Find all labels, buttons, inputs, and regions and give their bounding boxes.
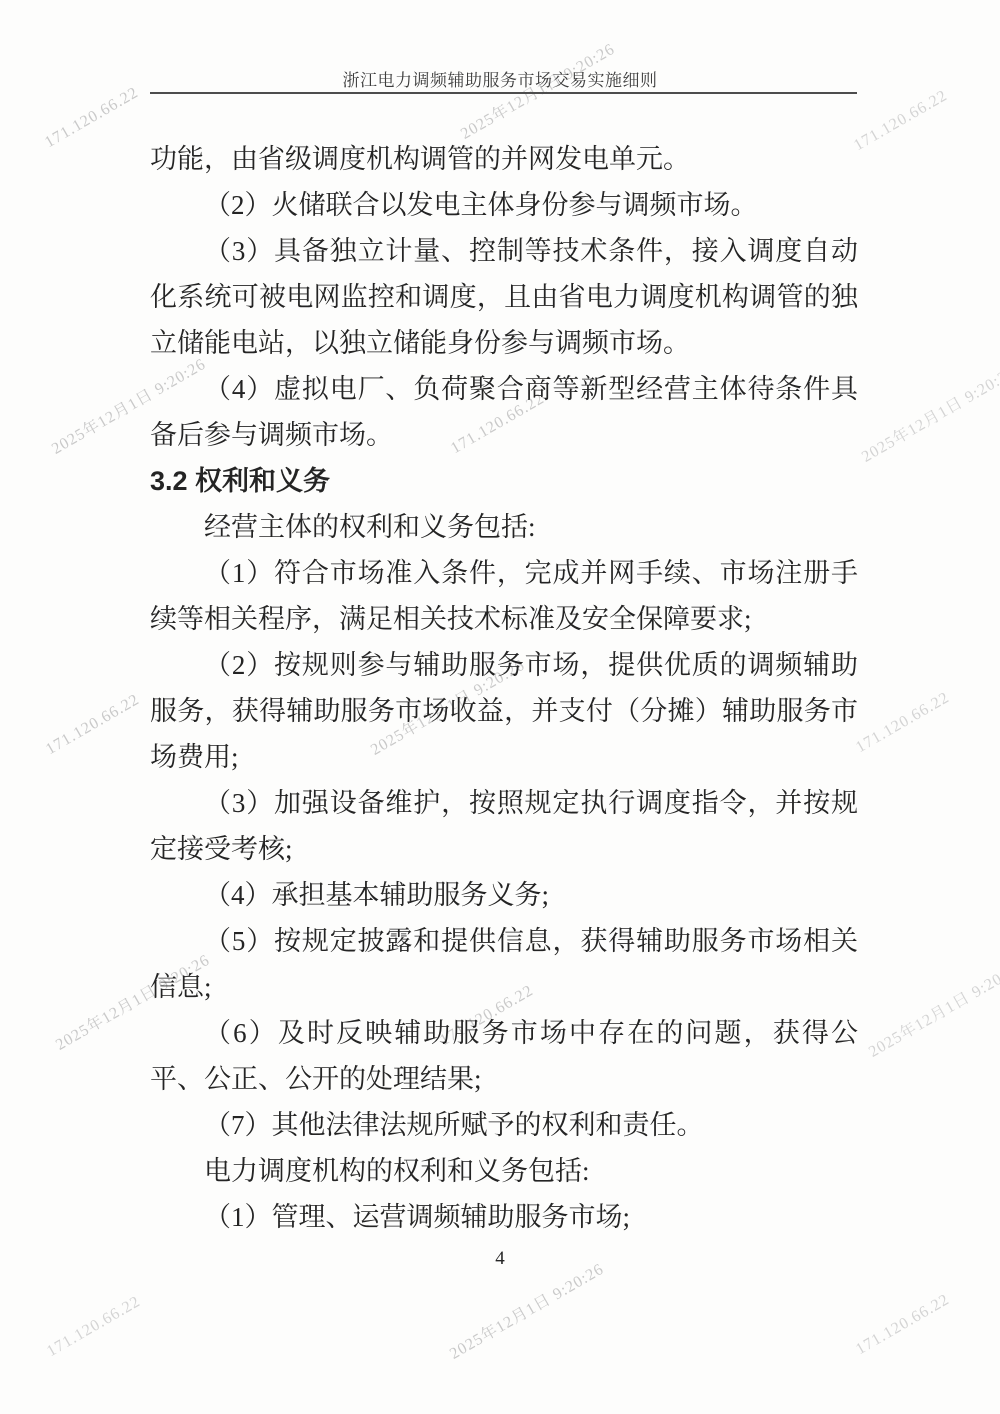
watermark-ip: 171.120.66.22 — [851, 87, 951, 155]
paragraph: （2）按规则参与辅助服务市场，提供优质的调频辅助服务，获得辅助服务市场收益，并支… — [150, 642, 858, 780]
paragraph: （1）符合市场准入条件，完成并网手续、市场注册手续等相关程序，满足相关技术标准及… — [150, 550, 858, 642]
watermark-ip: 171.120.66.22 — [44, 1293, 144, 1361]
paragraph: （2）火储联合以发电主体身份参与调频市场。 — [150, 182, 858, 228]
watermark-ip: 171.120.66.22 — [42, 84, 142, 152]
document-page: 171.120.66.22 2025年12月1日 9:20:26 171.120… — [0, 0, 1000, 1414]
paragraph: （3）具备独立计量、控制等技术条件，接入调度自动化系统可被电网监控和调度，且由省… — [150, 228, 858, 366]
watermark-ip: 171.120.66.22 — [43, 691, 143, 759]
paragraph: （6）及时反映辅助服务市场中存在的问题，获得公平、公正、公开的处理结果; — [150, 1010, 858, 1102]
paragraph: （5）按规定披露和提供信息，获得辅助服务市场相关信息; — [150, 918, 858, 1010]
paragraph: （3）加强设备维护，按照规定执行调度指令，并按规定接受考核; — [150, 780, 858, 872]
document-body: 功能，由省级调度机构调管的并网发电单元。 （2）火储联合以发电主体身份参与调频市… — [150, 136, 858, 1240]
paragraph: （7）其他法律法规所赋予的权利和责任。 — [150, 1102, 858, 1148]
watermark-ip: 171.120.66.22 — [853, 689, 953, 757]
watermark-ip: 171.120.66.22 — [853, 1291, 953, 1359]
paragraph: 功能，由省级调度机构调管的并网发电单元。 — [150, 136, 858, 182]
watermark-datetime: 2025年12月1日 9:20:26 — [857, 359, 1000, 466]
watermark-datetime: 2025年12月1日 9:20:26 — [864, 954, 1000, 1061]
paragraph: （1）管理、运营调频辅助服务市场; — [150, 1194, 858, 1240]
paragraph: （4）虚拟电厂、负荷聚合商等新型经营主体待条件具备后参与调频市场。 — [150, 366, 858, 458]
page-header-title: 浙江电力调频辅助服务市场交易实施细则 — [0, 66, 1000, 91]
page-number: 4 — [0, 1248, 1000, 1270]
watermark-datetime: 2025年12月1日 9:20:26 — [445, 1256, 608, 1363]
header-rule — [150, 92, 857, 94]
section-heading: 3.2 权利和义务 — [150, 458, 858, 504]
paragraph: 电力调度机构的权利和义务包括: — [150, 1148, 858, 1194]
paragraph: （4）承担基本辅助服务义务; — [150, 872, 858, 918]
paragraph: 经营主体的权利和义务包括: — [150, 504, 858, 550]
